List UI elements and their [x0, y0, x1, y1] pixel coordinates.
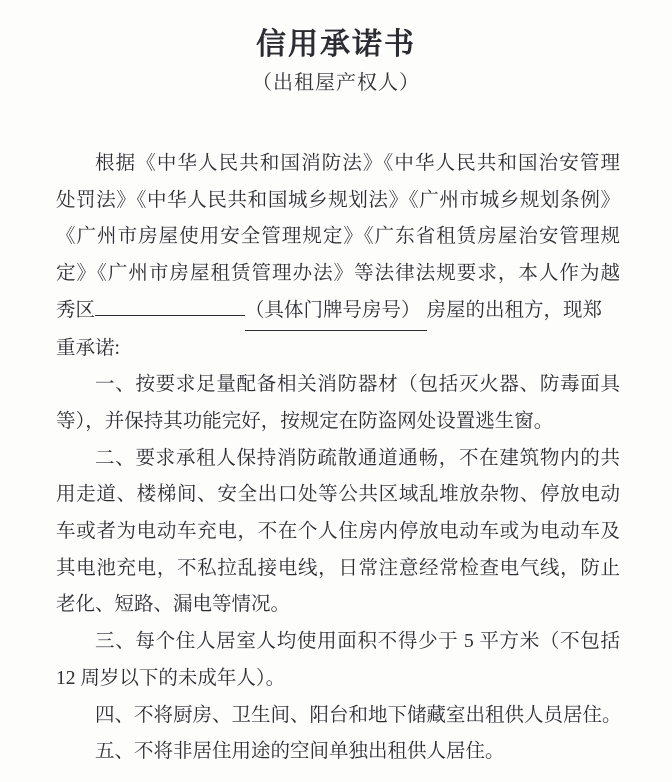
document-page: 信用承诺书 （出租屋产权人） 根据《中华人民共和国消防法》《中华人民共和国治安管…: [0, 0, 672, 782]
blank-prefix-text: 秀区: [56, 300, 95, 321]
item1-line: 等），并保持其功能完好，按规定在防盗网处设置逃生窗。: [56, 404, 620, 441]
document-body: 根据《中华人民共和国消防法》《中华人民共和国治安管理 处罚法》《中华人民共和国城…: [56, 146, 620, 771]
para1-line: 定》《广州市房屋租赁管理办法》等法律法规要求，本人作为越: [56, 256, 620, 293]
item4-line: 四、不将厨房、卫生间、阳台和地下储藏室出租供人员居住。: [56, 698, 620, 735]
para1-line: 《广州市房屋使用安全管理规定》《广东省租赁房屋治安管理规: [56, 219, 620, 256]
item2-line: 其电池充电，不私拉乱接电线，日常注意经常检查电气线，防止: [56, 551, 620, 588]
document-subtitle: （出租屋产权人）: [0, 64, 672, 97]
item2-line: 用走道、楼梯间、安全出口处等公共区域乱堆放杂物、停放电动: [56, 477, 620, 514]
blank-hint-label: （具体门牌号房号）: [245, 293, 427, 331]
item2-line: 老化、短路、漏电等情况。: [56, 587, 620, 624]
item3-line: 12 周岁以下的未成年人）。: [56, 661, 620, 698]
item2-line: 二、要求承租人保持消防疏散通道通畅，不在建筑物内的共: [56, 441, 620, 478]
item1-line: 一、按要求足量配备相关消防器材（包括灭火器、防毒面具: [56, 367, 620, 404]
document-title: 信用承诺书: [0, 0, 672, 64]
item3-line: 三、每个住人居室人均使用面积不得少于 5 平方米（不包括: [56, 624, 620, 661]
item2-line: 车或者为电动车充电，不在个人住房内停放电动车或为电动车及: [56, 514, 620, 551]
para1-line: 重承诺:: [56, 331, 620, 368]
para1-blank-line: 秀区（具体门牌号房号）房屋的出租方，现郑: [56, 293, 620, 331]
para1-line: 根据《中华人民共和国消防法》《中华人民共和国治安管理: [56, 146, 620, 183]
blank-suffix-text: 房屋的出租方，现郑: [427, 300, 603, 321]
address-blank-field: [95, 295, 245, 316]
item5-line: 五、不将非居住用途的空间单独出租供人居住。: [56, 734, 620, 771]
para1-line: 处罚法》《中华人民共和国城乡规划法》《广州市城乡规划条例》: [56, 183, 620, 220]
